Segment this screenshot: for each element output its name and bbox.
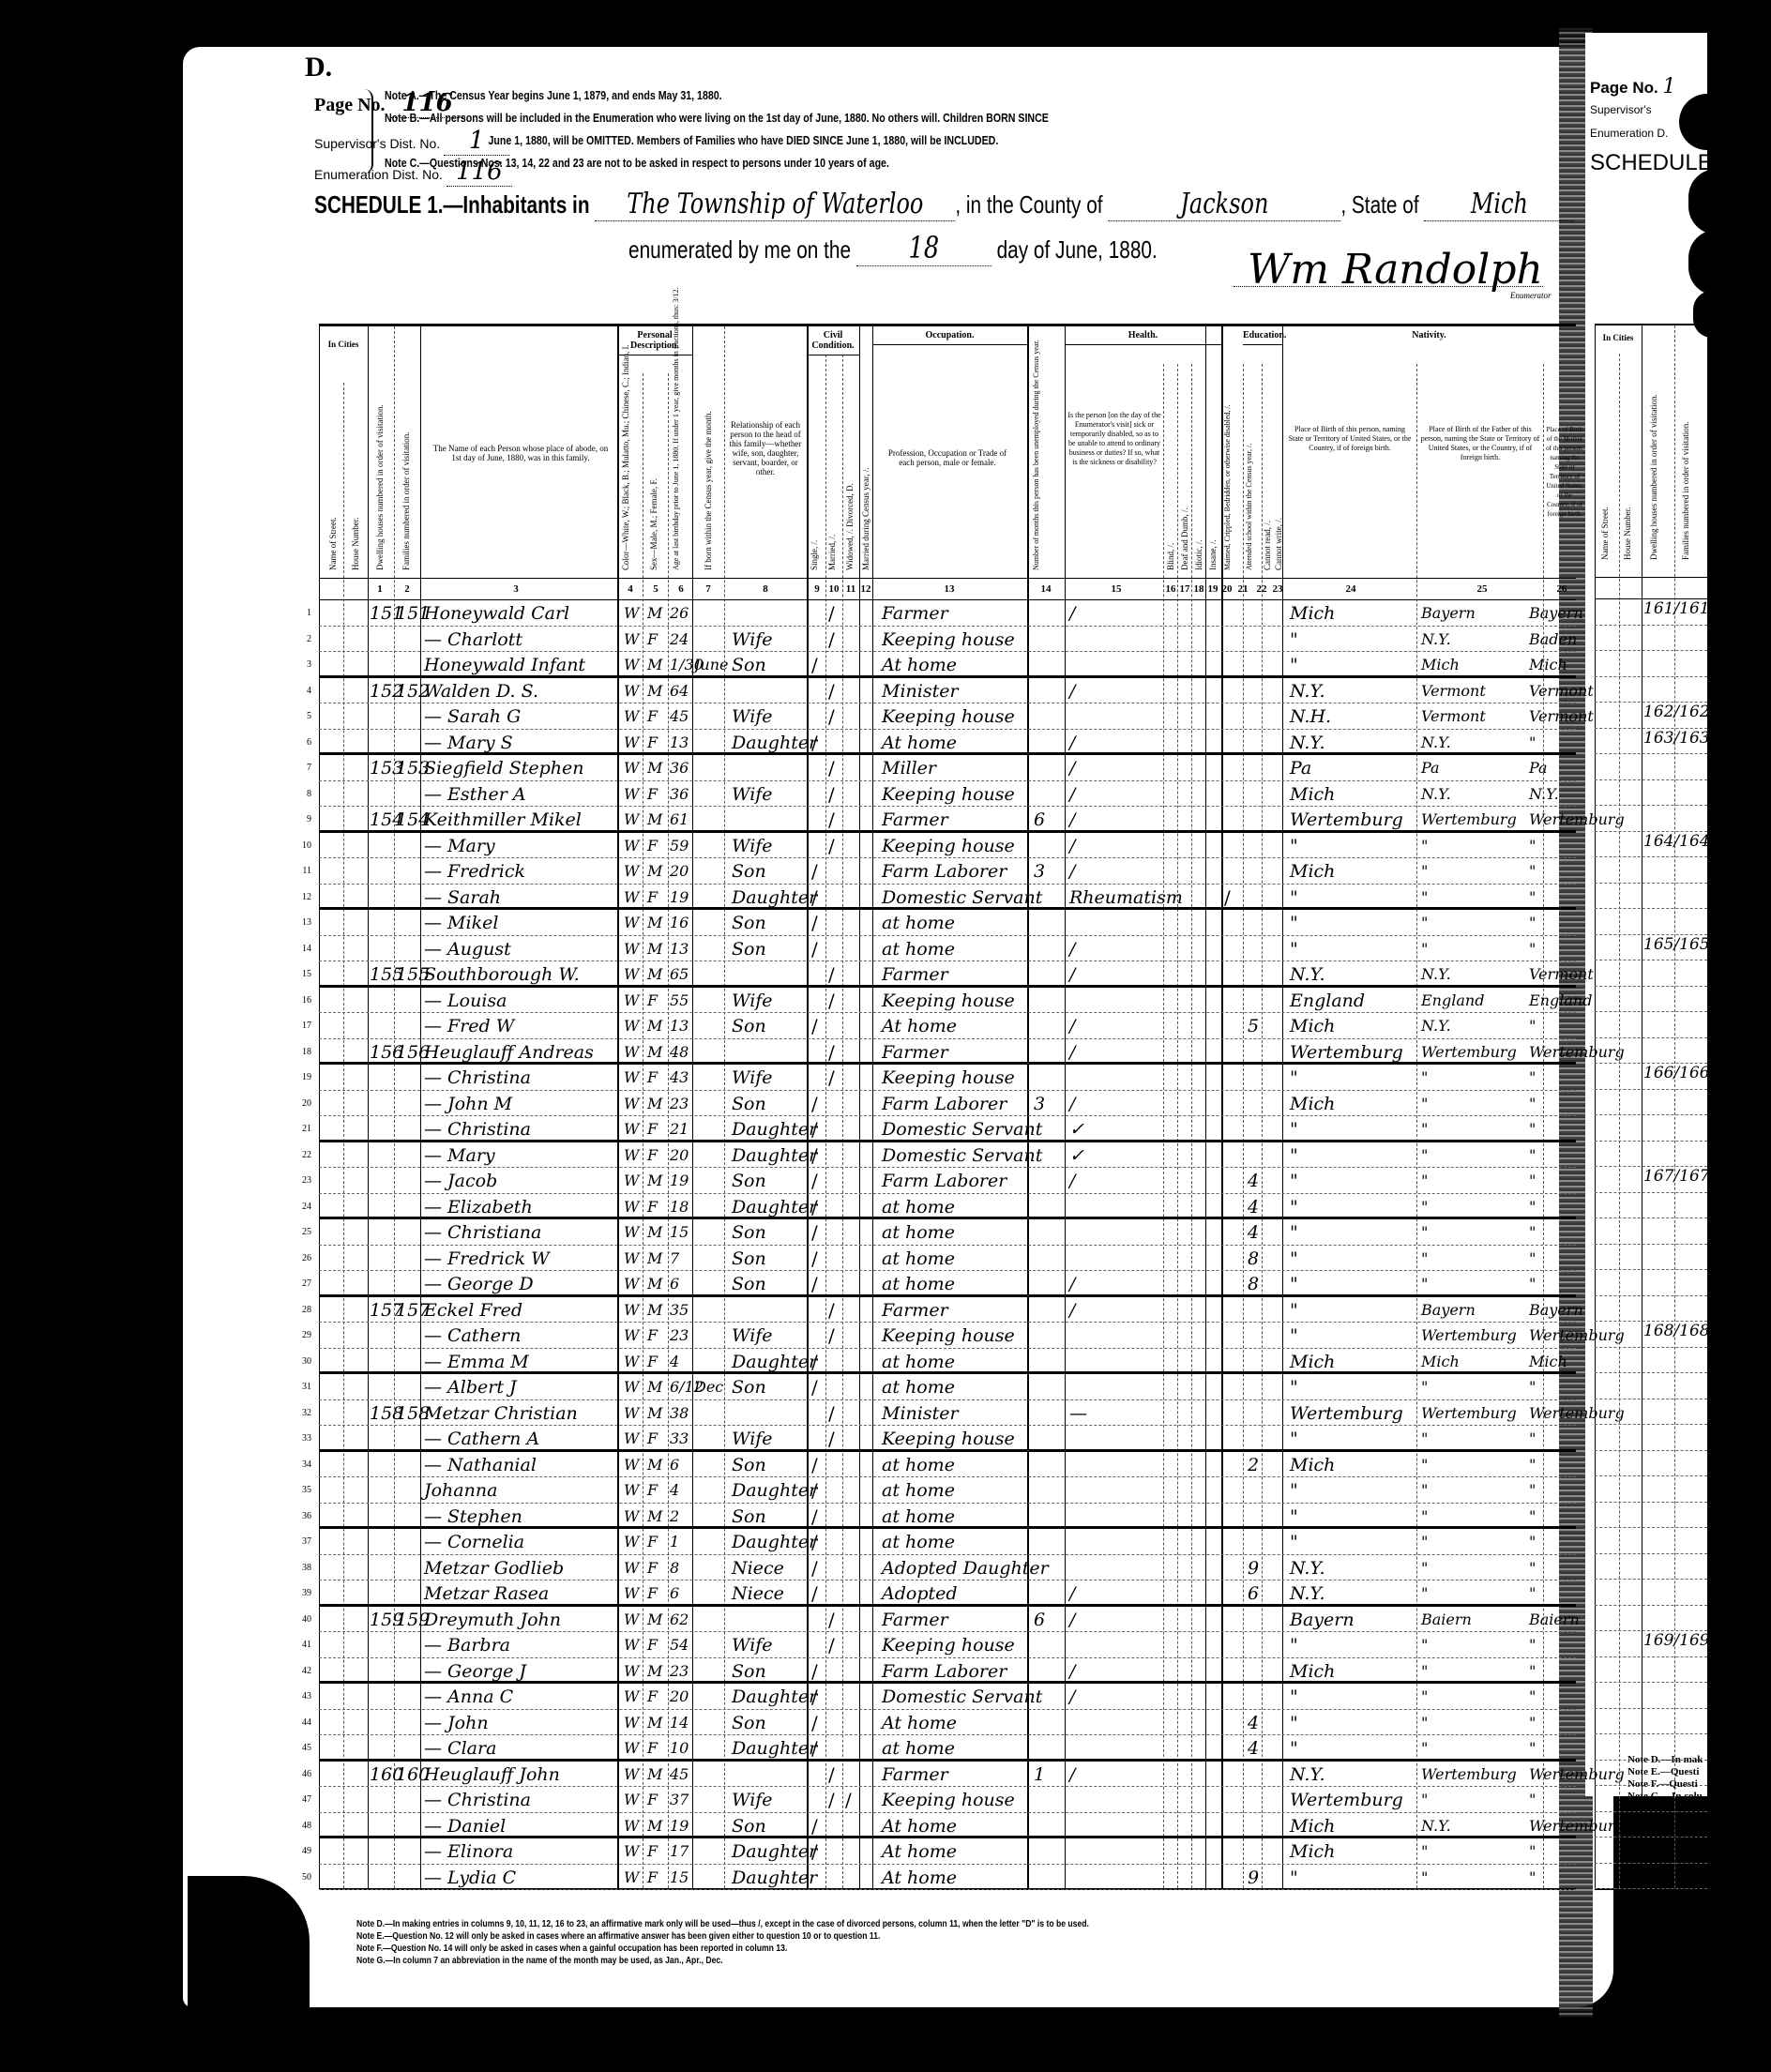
health-condition: ✓ (1069, 1118, 1084, 1141)
color: W (624, 809, 639, 831)
table-row: 11— FredrickWM20Son/Farm Laborer3/Mich"" (319, 858, 1576, 885)
relationship: Daughter (732, 1479, 817, 1502)
sex: M (647, 963, 662, 986)
relationship: Daughter (732, 1118, 817, 1141)
single-mark: / (811, 732, 818, 754)
relationship: Wife (732, 628, 773, 651)
next-enumeration-label: Enumeration D. (1590, 127, 1668, 140)
father-birthplace: " (1421, 1867, 1428, 1889)
footnotes: Note D.—In making entries in columns 9, … (356, 1918, 1203, 1967)
occupation: At home (882, 1712, 957, 1734)
row-number: 22 (293, 1150, 311, 1160)
single-mark: / (811, 1015, 818, 1037)
health-condition: / (1069, 1170, 1075, 1192)
color: W (624, 705, 639, 728)
col-num: 8 (756, 583, 775, 595)
next-table-row (1595, 1193, 1707, 1219)
person-name: — Christiana (424, 1221, 541, 1244)
occupation: at home (882, 1479, 955, 1502)
birthplace: Wertemburg (1290, 1041, 1403, 1064)
occupation: Keeping house (882, 628, 1015, 651)
sex: F (647, 1479, 658, 1502)
single-mark: / (811, 1376, 818, 1399)
mother-birthplace: " (1529, 938, 1536, 960)
father-birthplace: N.Y. (1421, 628, 1451, 651)
health-condition: / (1069, 1041, 1075, 1064)
birthplace: Mich (1290, 1454, 1335, 1476)
next-table-row: 163/163 (1595, 729, 1707, 755)
age: 4 (670, 1479, 679, 1502)
census-table: In Cities Name of Street. House Number. … (319, 324, 1576, 1890)
table-row: 9154154Keithmiller MikelWM61/Farmer6/Wer… (319, 807, 1576, 833)
father-birthplace: " (1421, 1118, 1428, 1141)
row-number: 27 (293, 1278, 311, 1289)
table-row: 31— Albert JWM6/12DecSon/at home""" (319, 1374, 1576, 1400)
next-dwelling-family-number: 170/170 (1643, 1812, 1710, 1831)
person-name: — Fredrick (424, 860, 525, 883)
header-occupation: Occupation. (872, 326, 1027, 345)
single-mark: / (811, 912, 818, 934)
next-table-row (1595, 1142, 1707, 1168)
next-colnum-row (1595, 577, 1707, 599)
mother-birthplace: Vermont (1529, 705, 1594, 728)
header-age: Age at last birthday prior to June 1, 18… (672, 364, 680, 570)
age: 19 (670, 1815, 689, 1838)
health-condition: / (1069, 809, 1075, 831)
married-mark: / (828, 990, 835, 1012)
scan-border (1707, 33, 1771, 2072)
next-dwelling-family-number: 163/163 (1643, 729, 1710, 748)
birthplace: England (1290, 990, 1365, 1012)
occupation: Farmer (882, 1041, 948, 1064)
row-number: 46 (293, 1769, 311, 1779)
table-row: 16— LouisaWF55Wife/Keeping houseEnglandE… (319, 988, 1576, 1014)
single-mark: / (811, 886, 818, 909)
color: W (624, 1479, 639, 1502)
person-name: Honeywald Carl (424, 602, 569, 625)
sex: M (647, 1093, 662, 1115)
person-name: — Sarah (424, 886, 501, 909)
age: 4 (670, 1351, 679, 1373)
header-widowed: Widowed, /. Divorced, D. (845, 420, 855, 570)
father-birthplace: " (1421, 1557, 1428, 1580)
header-civil: Civil Condition. (807, 326, 859, 355)
occupation: Miller (882, 757, 936, 779)
sex: F (647, 1144, 658, 1167)
enumeration-date-line: enumerated by me on the 18 day of June, … (628, 230, 1158, 266)
row-number: 50 (293, 1872, 311, 1883)
table-row: 12— SarahWF19Daughter/Domestic ServantRh… (319, 885, 1576, 911)
relationship: Wife (732, 990, 773, 1012)
birthplace: " (1290, 835, 1298, 857)
color: W (624, 1609, 639, 1631)
mother-birthplace: " (1529, 1170, 1536, 1192)
state-label: , State of (1340, 190, 1418, 219)
married-mark: / (828, 835, 835, 857)
next-table-row: 162/162 (1595, 703, 1707, 729)
father-birthplace: Pa (1421, 757, 1440, 779)
mother-birthplace: " (1529, 1196, 1536, 1218)
mother-birthplace: " (1529, 1505, 1536, 1528)
next-table-row (1595, 1425, 1707, 1451)
table-row: 21— ChristinaWF21Daughter/Domestic Serva… (319, 1116, 1576, 1142)
age: 20 (670, 1144, 689, 1167)
birthplace: Mich (1290, 1015, 1335, 1037)
widowed-mark: / (845, 1789, 852, 1811)
mother-birthplace: " (1529, 1479, 1536, 1502)
single-mark: / (811, 1505, 818, 1528)
age: 45 (670, 1763, 689, 1786)
sex: M (647, 680, 662, 703)
person-name: — Barbra (424, 1634, 510, 1656)
header-married: Married, /. (827, 467, 837, 570)
person-name: — Anna C (424, 1686, 513, 1708)
next-table-row (1595, 1038, 1707, 1065)
health-condition: / (1069, 783, 1075, 806)
col-num: 26 (1552, 583, 1571, 595)
health-condition: — (1069, 1402, 1087, 1425)
birthplace: " (1290, 1428, 1298, 1450)
birthplace: Mich (1290, 602, 1335, 625)
birthplace: " (1290, 938, 1298, 960)
health-condition: / (1069, 1763, 1075, 1786)
school-mark: 4 (1248, 1737, 1259, 1760)
table-row: 3Honeywald InfantWM1/30JuneSon/At home"M… (319, 652, 1576, 678)
next-table-row (1595, 1218, 1707, 1245)
sex: M (647, 1376, 662, 1399)
table-row: 24— ElizabethWF18Daughter/at home4""" (319, 1194, 1576, 1220)
occupation: Keeping house (882, 990, 1015, 1012)
color: W (624, 1763, 639, 1786)
father-birthplace: Baiern (1421, 1609, 1472, 1631)
mother-birthplace: N.Y. (1529, 783, 1559, 806)
row-number: 39 (293, 1588, 311, 1598)
father-birthplace: N.Y. (1421, 783, 1451, 806)
married-mark: / (828, 628, 835, 651)
day-suffix: day of June, 1880. (997, 235, 1158, 264)
married-mark: / (828, 1041, 835, 1064)
person-name: — Christina (424, 1066, 531, 1089)
next-table-row (1595, 909, 1707, 935)
health-condition: / (1069, 602, 1075, 625)
occupation: at home (882, 912, 955, 934)
married-mark: / (828, 1066, 835, 1089)
person-name: — Cornelia (424, 1531, 524, 1553)
form-letter: D. (305, 52, 332, 83)
occupation: Farmer (882, 963, 948, 986)
mother-birthplace: " (1529, 1144, 1536, 1167)
color: W (624, 1221, 639, 1244)
next-table-row (1595, 1270, 1707, 1296)
mother-birthplace: " (1529, 1118, 1536, 1141)
married-mark: / (828, 1609, 835, 1631)
header-deaf: Deaf and Dumb, /. (1180, 486, 1189, 570)
table-row: 33— Cathern AWF33Wife/Keeping house""" (319, 1426, 1576, 1452)
single-mark: / (811, 1248, 818, 1270)
mother-birthplace: Mich (1529, 1351, 1567, 1373)
day-value: 18 (856, 230, 991, 266)
occupation: Farm Laborer (882, 1093, 1007, 1115)
relationship: Son (732, 1505, 766, 1528)
relationship: Son (732, 654, 766, 676)
header-married-year: Married during Census year, /. (861, 401, 870, 570)
next-table-row: 170/170 (1595, 1812, 1707, 1838)
birthplace: Bayern (1290, 1609, 1355, 1631)
age: 23 (670, 1324, 689, 1347)
person-name: — John (424, 1712, 489, 1734)
sex: F (647, 1428, 658, 1450)
school-mark: 9 (1248, 1867, 1259, 1889)
next-footnote: Note F.—Questi (1627, 1778, 1703, 1791)
sex: M (647, 912, 662, 934)
single-mark: / (811, 1531, 818, 1553)
single-mark: / (811, 1582, 818, 1605)
table-row: 41— BarbraWF54Wife/Keeping house""" (319, 1632, 1576, 1658)
col-num: 1 (371, 583, 389, 595)
person-name: Heuglauff Andreas (424, 1041, 594, 1064)
table-row: 38Metzar GodliebWF8Niece/Adopted Daughte… (319, 1555, 1576, 1581)
single-mark: / (811, 860, 818, 883)
birthplace: Mich (1290, 1093, 1335, 1115)
occupation: Domestic Servant (882, 1686, 1042, 1708)
person-name: — George D (424, 1273, 534, 1295)
birthplace: " (1290, 1867, 1298, 1889)
next-table-row (1595, 1373, 1707, 1399)
scan-shadow (188, 1876, 310, 2026)
age: 26 (670, 602, 689, 625)
color: W (624, 1093, 639, 1115)
health-condition: / (1069, 1299, 1075, 1322)
next-table-row (1595, 1683, 1707, 1709)
father-birthplace: " (1421, 1634, 1428, 1656)
table-row: 7153153Siegfield StephenWM36/Miller/PaPa… (319, 755, 1576, 781)
next-in-cities: In Cities (1597, 333, 1640, 342)
bracket (364, 89, 373, 174)
single-mark: / (811, 1454, 818, 1476)
color: W (624, 963, 639, 986)
birthplace: " (1290, 654, 1298, 676)
mother-birthplace: " (1529, 1660, 1536, 1683)
col-num: 6 (672, 583, 690, 595)
row-number: 26 (293, 1253, 311, 1263)
header-born-month: If born within the Census year, give the… (704, 364, 713, 570)
sex: M (647, 1170, 662, 1192)
single-mark: / (811, 1118, 818, 1141)
color: W (624, 1015, 639, 1037)
birthplace: Wertemburg (1290, 809, 1403, 831)
color: W (624, 1557, 639, 1580)
col-num: 2 (398, 583, 416, 595)
age: 7 (670, 1248, 679, 1270)
father-birthplace: " (1421, 1428, 1428, 1450)
header-school: Attended school within the Census year, … (1245, 383, 1253, 570)
married-mark: / (828, 1763, 835, 1786)
schedule-label: SCHEDULE 1.—Inhabitants in (314, 190, 590, 219)
row-number: 49 (293, 1846, 311, 1856)
color: W (624, 1428, 639, 1450)
sex: F (647, 990, 658, 1012)
occupation: Minister (882, 680, 959, 703)
occupation: at home (882, 1273, 955, 1295)
row-number: 47 (293, 1794, 311, 1805)
table-row: 22— MaryWF20Daughter/Domestic Servant✓""… (319, 1142, 1576, 1169)
married-mark: / (828, 1634, 835, 1656)
person-name: — Stephen (424, 1505, 522, 1528)
next-table-row (1595, 1296, 1707, 1323)
next-table-row (1595, 1606, 1707, 1632)
next-table-row: 166/166 (1595, 1064, 1707, 1090)
birthplace: " (1290, 1479, 1298, 1502)
person-name: Heuglauff John (424, 1763, 560, 1786)
sex: M (647, 1221, 662, 1244)
row-number: 13 (293, 917, 311, 928)
relationship: Son (732, 1221, 766, 1244)
father-birthplace: " (1421, 835, 1428, 857)
birthplace: " (1290, 1144, 1298, 1167)
next-supervisor-label: Supervisor's (1590, 103, 1652, 116)
col-num: 10 (825, 583, 843, 595)
sex: F (647, 1582, 658, 1605)
sex: M (647, 602, 662, 625)
age: 10 (670, 1737, 689, 1760)
sex: M (647, 1454, 662, 1476)
row-number: 42 (293, 1666, 311, 1676)
relationship: Daughter (732, 1867, 817, 1889)
color: W (624, 654, 639, 676)
next-table-row (1595, 677, 1707, 703)
father-birthplace: " (1421, 1660, 1428, 1683)
sex: F (647, 1789, 658, 1811)
birthplace: " (1290, 1118, 1298, 1141)
row-number: 38 (293, 1563, 311, 1573)
occupation: At home (882, 654, 957, 676)
next-footnote: Note E.—Questi (1627, 1766, 1703, 1778)
person-name: — Cathern (424, 1324, 521, 1347)
age: 14 (670, 1712, 689, 1734)
sex: F (647, 705, 658, 728)
relationship: Wife (732, 1789, 773, 1811)
occupation: at home (882, 1531, 955, 1553)
father-birthplace: " (1421, 1505, 1428, 1528)
header-maimed: Maimed, Crippled, Bedridden, or otherwis… (1223, 345, 1232, 570)
school-mark: 4 (1248, 1196, 1259, 1218)
next-table-row (1595, 1451, 1707, 1477)
single-mark: / (811, 1815, 818, 1838)
table-row: 13— MikelWM16Son/at home""" (319, 910, 1576, 936)
age: 38 (670, 1402, 689, 1425)
age: 61 (670, 809, 689, 831)
relationship: Son (732, 1376, 766, 1399)
table-row: 30— Emma MWF4Daughter/at homeMichMichMic… (319, 1349, 1576, 1375)
sex: F (647, 1867, 658, 1889)
person-name: — Elinora (424, 1840, 513, 1863)
row-number: 33 (293, 1433, 311, 1444)
occupation: at home (882, 1737, 955, 1760)
occupation: Keeping house (882, 783, 1015, 806)
sex: M (647, 1248, 662, 1270)
married-mark: / (828, 602, 835, 625)
health-condition: / (1069, 963, 1075, 986)
person-name: Siegfield Stephen (424, 757, 583, 779)
age: 45 (670, 705, 689, 728)
next-table-row: 167/167 (1595, 1167, 1707, 1193)
row-number: 8 (293, 789, 311, 799)
father-birthplace: " (1421, 860, 1428, 883)
header-sex: Sex—Male, M.; Female, F. (649, 383, 658, 570)
header-insane: Insane, /. (1208, 514, 1218, 570)
state-value: Mich (1424, 188, 1574, 221)
age: 21 (670, 1118, 689, 1141)
person-name: — George J (424, 1660, 526, 1683)
table-row: 10— MaryWF59Wife/Keeping house/""" (319, 833, 1576, 859)
birthplace: Mich (1290, 860, 1335, 883)
mother-birthplace: Pa (1529, 757, 1548, 779)
relationship: Son (732, 1815, 766, 1838)
header-cannot-write: Cannot write, /. (1274, 495, 1283, 570)
color: W (624, 1660, 639, 1683)
color: W (624, 1454, 639, 1476)
father-birthplace: " (1421, 886, 1428, 909)
color: W (624, 783, 639, 806)
birthplace: " (1290, 1686, 1298, 1708)
table-row: 8— Esther AWF36Wife/Keeping house/MichN.… (319, 781, 1576, 808)
relationship: Daughter (732, 1196, 817, 1218)
col-num: 21 (1234, 583, 1252, 595)
row-number: 7 (293, 763, 311, 773)
age: 19 (670, 886, 689, 909)
header-family: Families numbered in order of visitation… (401, 383, 411, 570)
next-table-row: 164/164 (1595, 832, 1707, 858)
sex: F (647, 886, 658, 909)
occupation: Keeping house (882, 1789, 1015, 1811)
health-condition: / (1069, 1582, 1075, 1605)
occupation: Farm Laborer (882, 1170, 1007, 1192)
sex: M (647, 1763, 662, 1786)
occupation: Keeping house (882, 835, 1015, 857)
person-name: — Elizabeth (424, 1196, 533, 1218)
married-mark: / (828, 705, 835, 728)
age: 2 (670, 1505, 679, 1528)
relationship: Daughter (732, 1144, 817, 1167)
married-mark: / (828, 1324, 835, 1347)
birthplace: " (1290, 886, 1298, 909)
occupation: Farmer (882, 602, 948, 625)
sex: M (647, 860, 662, 883)
color: W (624, 1815, 639, 1838)
married-mark: / (828, 809, 835, 831)
single-mark: / (811, 1557, 818, 1580)
mother-birthplace: Bayern (1529, 1299, 1583, 1322)
father-birthplace: " (1421, 938, 1428, 960)
row-number: 4 (293, 686, 311, 696)
color: W (624, 1376, 639, 1399)
enumerator-label: Enumerator (1510, 291, 1552, 300)
header-color: Color—White, W.; Black, B.; Mulatto, Mu.… (621, 373, 630, 570)
occupation: At home (882, 1840, 957, 1863)
occupation: Farm Laborer (882, 860, 1007, 883)
person-name: Johanna (424, 1479, 497, 1502)
health-condition: / (1069, 835, 1075, 857)
next-table-row (1595, 651, 1707, 677)
person-name: — Cathern A (424, 1428, 539, 1450)
footnote-e: Note E.—Question No. 12 will only be ask… (356, 1930, 1203, 1943)
note-a: Note A.—The Census Year begins June 1, 1… (385, 84, 1302, 107)
mother-birthplace: " (1529, 1840, 1536, 1863)
row-number: 6 (293, 737, 311, 748)
age: 6 (670, 1273, 679, 1295)
health-condition: ✓ (1069, 1144, 1084, 1167)
age: 20 (670, 860, 689, 883)
